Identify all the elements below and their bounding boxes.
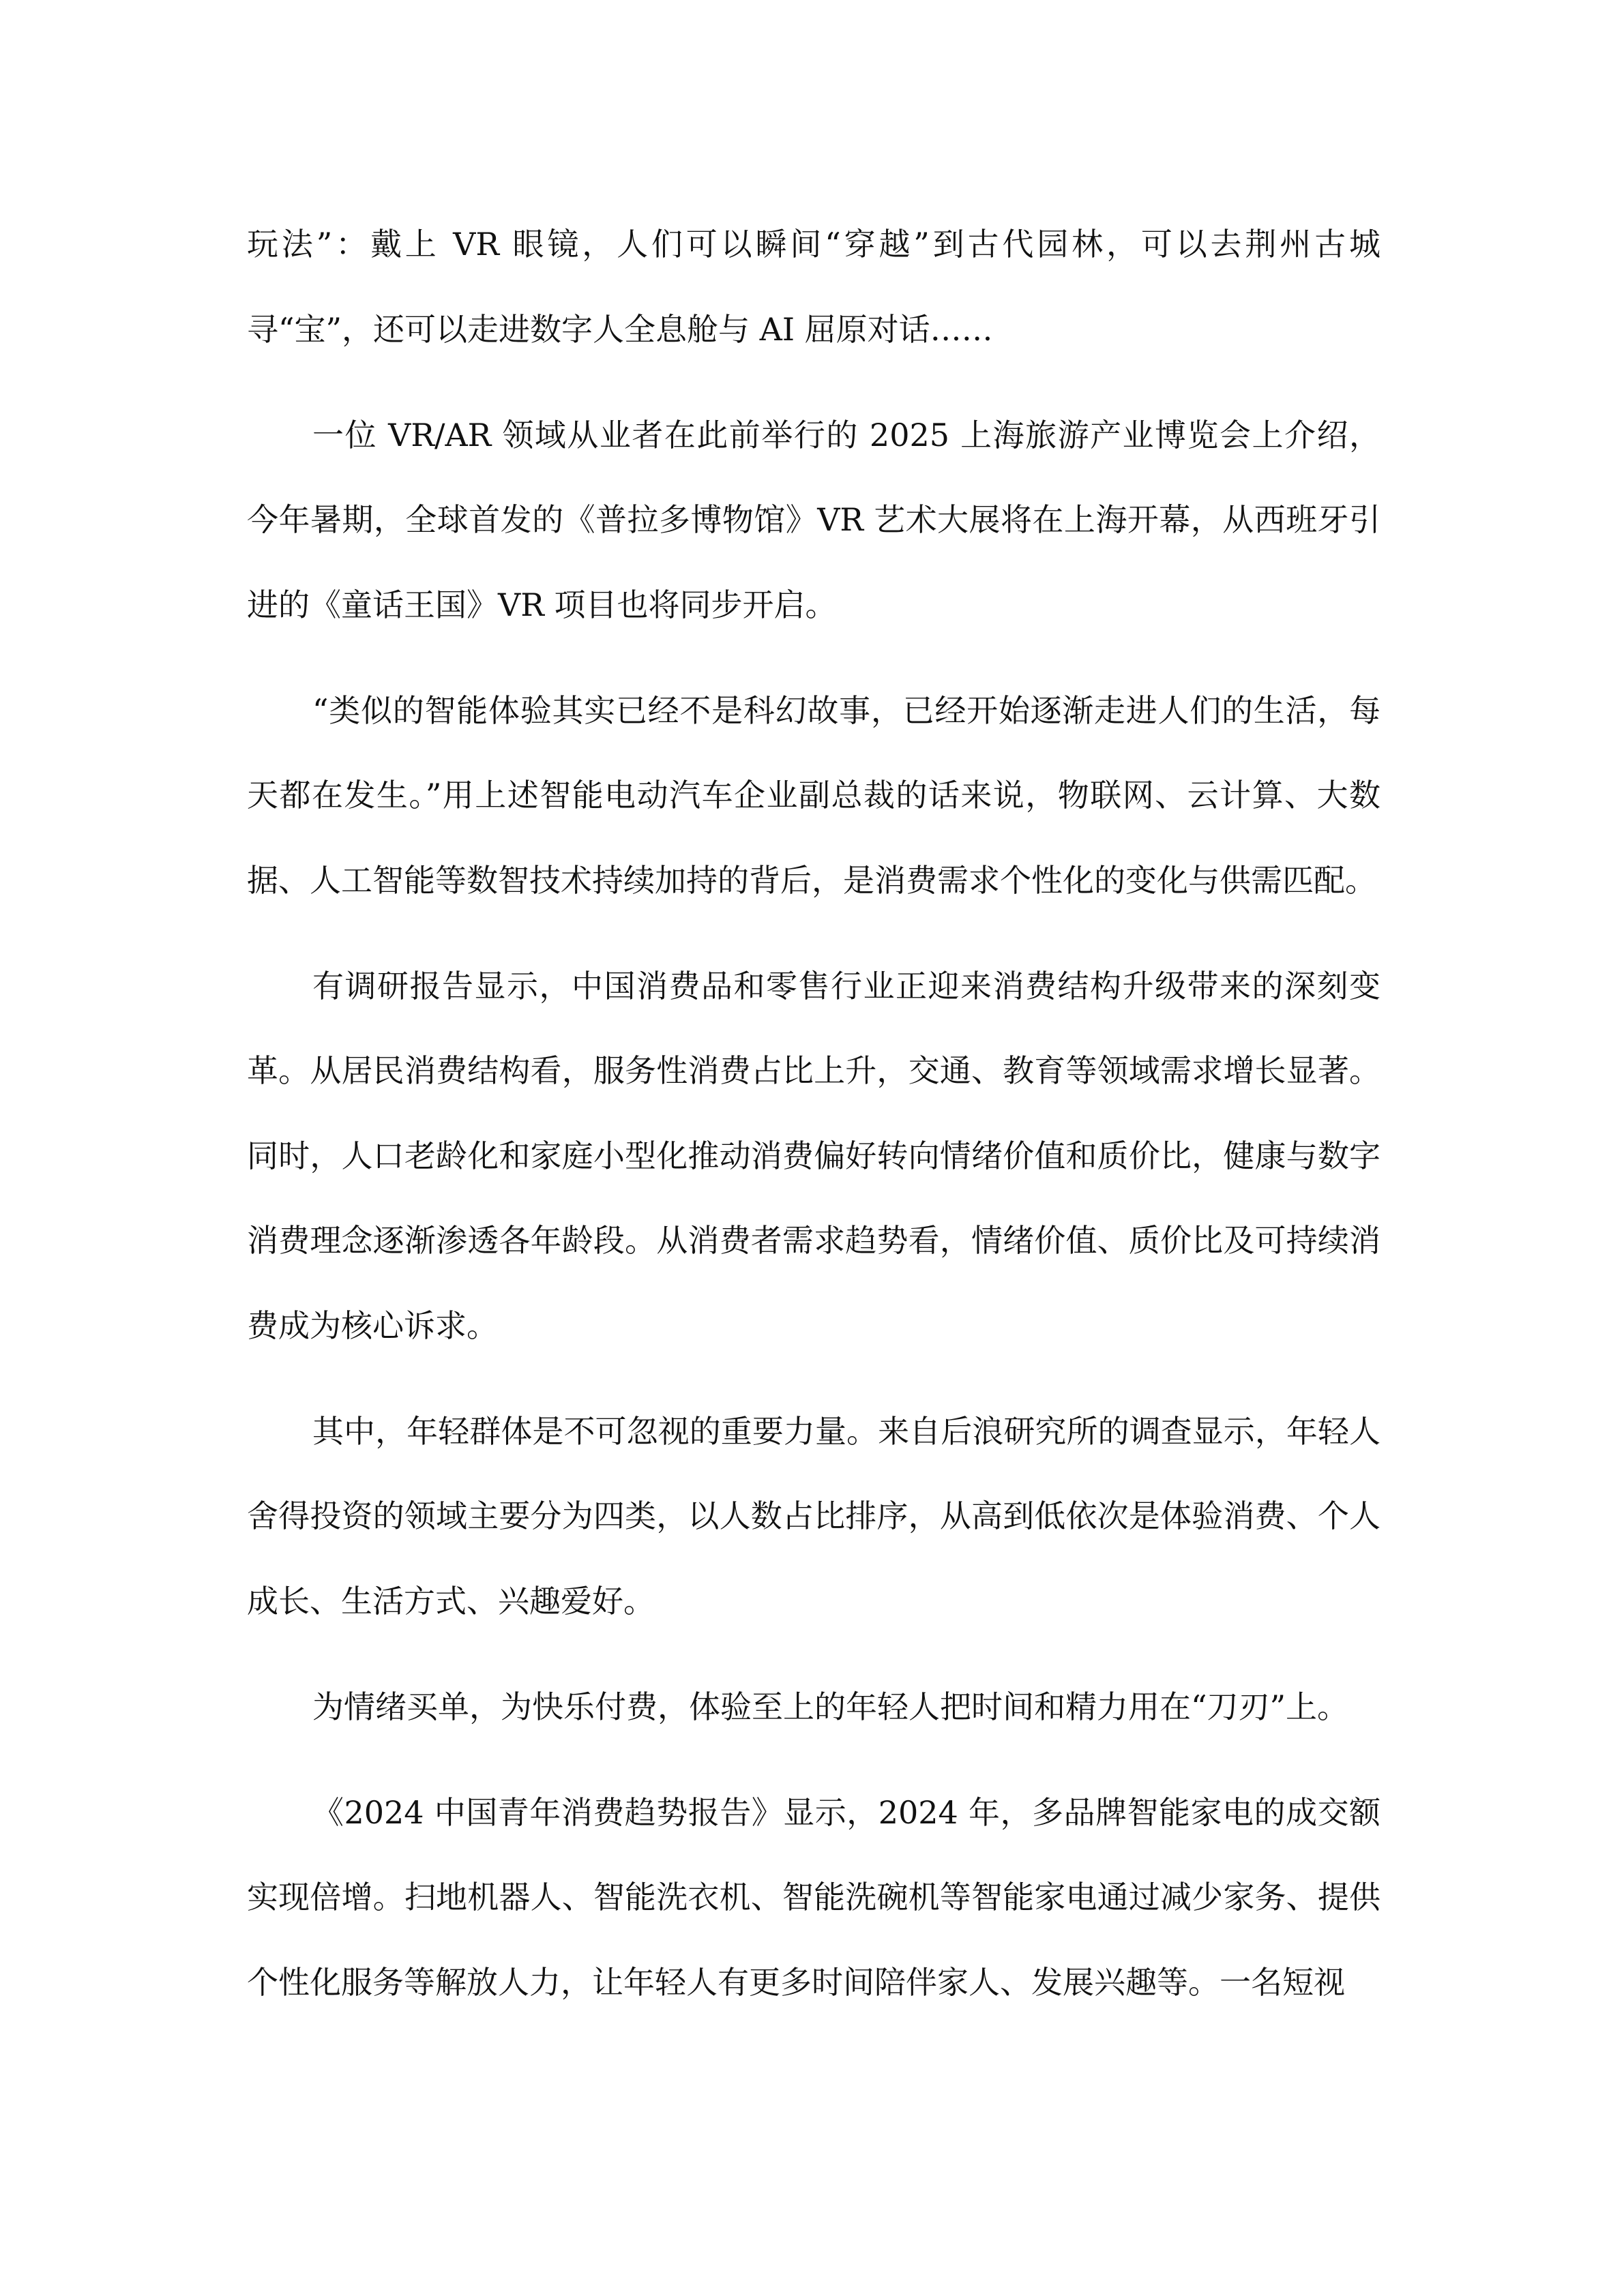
paragraph-smart-experience-quote: “类似的智能体验其实已经不是科幻故事，已经开始逐渐走进人们的生活，每天都在发生。… [247, 668, 1381, 923]
paragraph-emotional-value: 为情绪买单，为快乐付费，体验至上的年轻人把时间和精力用在“刀刃”上。 [247, 1665, 1381, 1750]
paragraph-young-consumers: 其中，年轻群体是不可忽视的重要力量。来自后浪研究所的调查显示，年轻人舍得投资的领… [247, 1389, 1381, 1644]
paragraph-consumption-upgrade-report: 有调研报告显示，中国消费品和零售行业正迎来消费结构升级带来的深刻变革。从居民消费… [247, 944, 1381, 1369]
document-page: 玩法”：戴上 VR 眼镜，人们可以瞬间“穿越”到古代园林，可以去荆州古城寻“宝”… [247, 0, 1381, 2296]
article-body: 玩法”：戴上 VR 眼镜，人们可以瞬间“穿越”到古代园林，可以去荆州古城寻“宝”… [247, 202, 1381, 2025]
paragraph-vr-ar-expo: 一位 VR/AR 领域从业者在此前举行的 2025 上海旅游产业博览会上介绍，今… [247, 393, 1381, 648]
paragraph-vr-gameplay: 玩法”：戴上 VR 眼镜，人们可以瞬间“穿越”到古代园林，可以去荆州古城寻“宝”… [247, 202, 1381, 372]
paragraph-youth-consumption-report: 《2024 中国青年消费趋势报告》显示，2024 年，多品牌智能家电的成交额实现… [247, 1770, 1381, 2025]
